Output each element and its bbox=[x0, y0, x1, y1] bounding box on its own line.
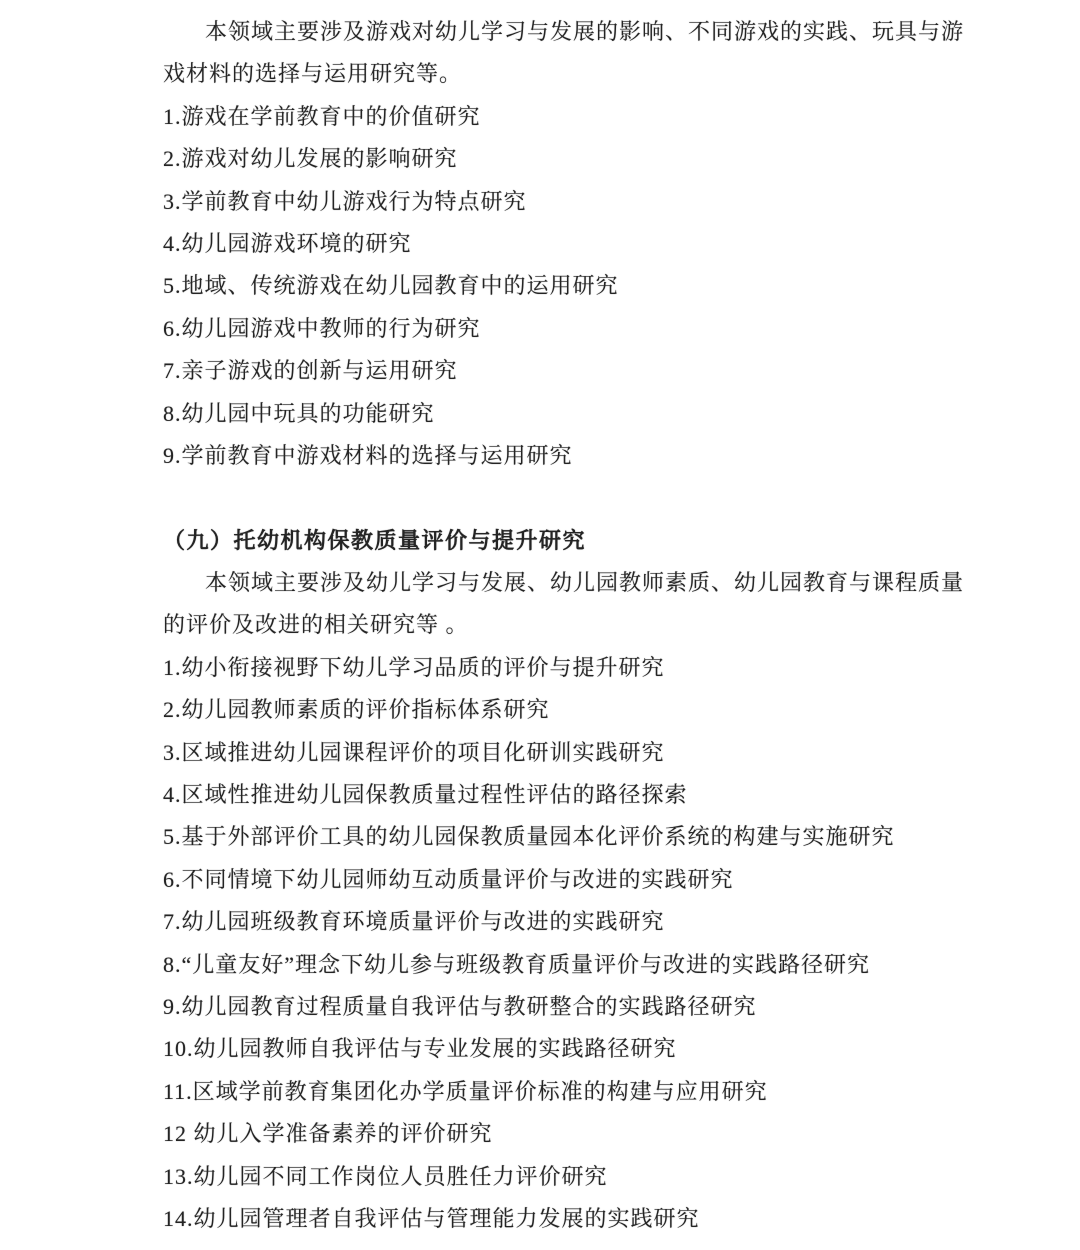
list-item: 12 幼儿入学准备素养的评价研究 bbox=[163, 1113, 973, 1155]
blank-line bbox=[163, 477, 973, 519]
list-item: 2.幼儿园教师素质的评价指标体系研究 bbox=[163, 689, 973, 731]
list-item: 6.幼儿园游戏中教师的行为研究 bbox=[163, 308, 973, 350]
list-item: 2.游戏对幼儿发展的影响研究 bbox=[163, 138, 973, 180]
list-item: 9.学前教育中游戏材料的选择与运用研究 bbox=[163, 435, 973, 477]
list-item: 8.“儿童友好”理念下幼儿参与班级教育质量评价与改进的实践路径研究 bbox=[163, 944, 973, 986]
list-item: 8.幼儿园中玩具的功能研究 bbox=[163, 393, 973, 435]
list-item: 5.地域、传统游戏在幼儿园教育中的运用研究 bbox=[163, 265, 973, 307]
paragraph-line: 本领域主要涉及幼儿学习与发展、幼儿园教师素质、幼儿园教育与课程质量 bbox=[163, 562, 973, 604]
list-item: 3.学前教育中幼儿游戏行为特点研究 bbox=[163, 181, 973, 223]
paragraph-line: 的评价及改进的相关研究等 。 bbox=[163, 604, 973, 646]
list-item: 4.区域性推进幼儿园保教质量过程性评估的路径探索 bbox=[163, 774, 973, 816]
section-heading: （九）托幼机构保教质量评价与提升研究 bbox=[163, 520, 973, 562]
list-item: 13.幼儿园不同工作岗位人员胜任力评价研究 bbox=[163, 1156, 973, 1198]
list-item: 11.区域学前教育集团化办学质量评价标准的构建与应用研究 bbox=[163, 1071, 973, 1113]
list-item: 7.幼儿园班级教育环境质量评价与改进的实践研究 bbox=[163, 901, 973, 943]
paragraph-line: 本领域主要涉及游戏对幼儿学习与发展的影响、不同游戏的实践、玩具与游 bbox=[163, 11, 973, 53]
list-item: 14.幼儿园管理者自我评估与管理能力发展的实践研究 bbox=[163, 1198, 973, 1240]
list-item: 10.幼儿园教师自我评估与专业发展的实践路径研究 bbox=[163, 1028, 973, 1070]
list-item: 5.基于外部评价工具的幼儿园保教质量园本化评价系统的构建与实施研究 bbox=[163, 816, 973, 858]
list-item: 6.不同情境下幼儿园师幼互动质量评价与改进的实践研究 bbox=[163, 859, 973, 901]
list-item: 7.亲子游戏的创新与运用研究 bbox=[163, 350, 973, 392]
list-item: 1.游戏在学前教育中的价值研究 bbox=[163, 96, 973, 138]
document-content: 本领域主要涉及游戏对幼儿学习与发展的影响、不同游戏的实践、玩具与游 戏材料的选择… bbox=[163, 11, 973, 1240]
list-item: 9.幼儿园教育过程质量自我评估与教研整合的实践路径研究 bbox=[163, 986, 973, 1028]
list-item: 3.区域推进幼儿园课程评价的项目化研训实践研究 bbox=[163, 732, 973, 774]
list-item: 4.幼儿园游戏环境的研究 bbox=[163, 223, 973, 265]
list-item: 1.幼小衔接视野下幼儿学习品质的评价与提升研究 bbox=[163, 647, 973, 689]
paragraph-line: 戏材料的选择与运用研究等。 bbox=[163, 53, 973, 95]
scanned-document-page: 本领域主要涉及游戏对幼儿学习与发展的影响、不同游戏的实践、玩具与游 戏材料的选择… bbox=[0, 0, 1080, 1250]
